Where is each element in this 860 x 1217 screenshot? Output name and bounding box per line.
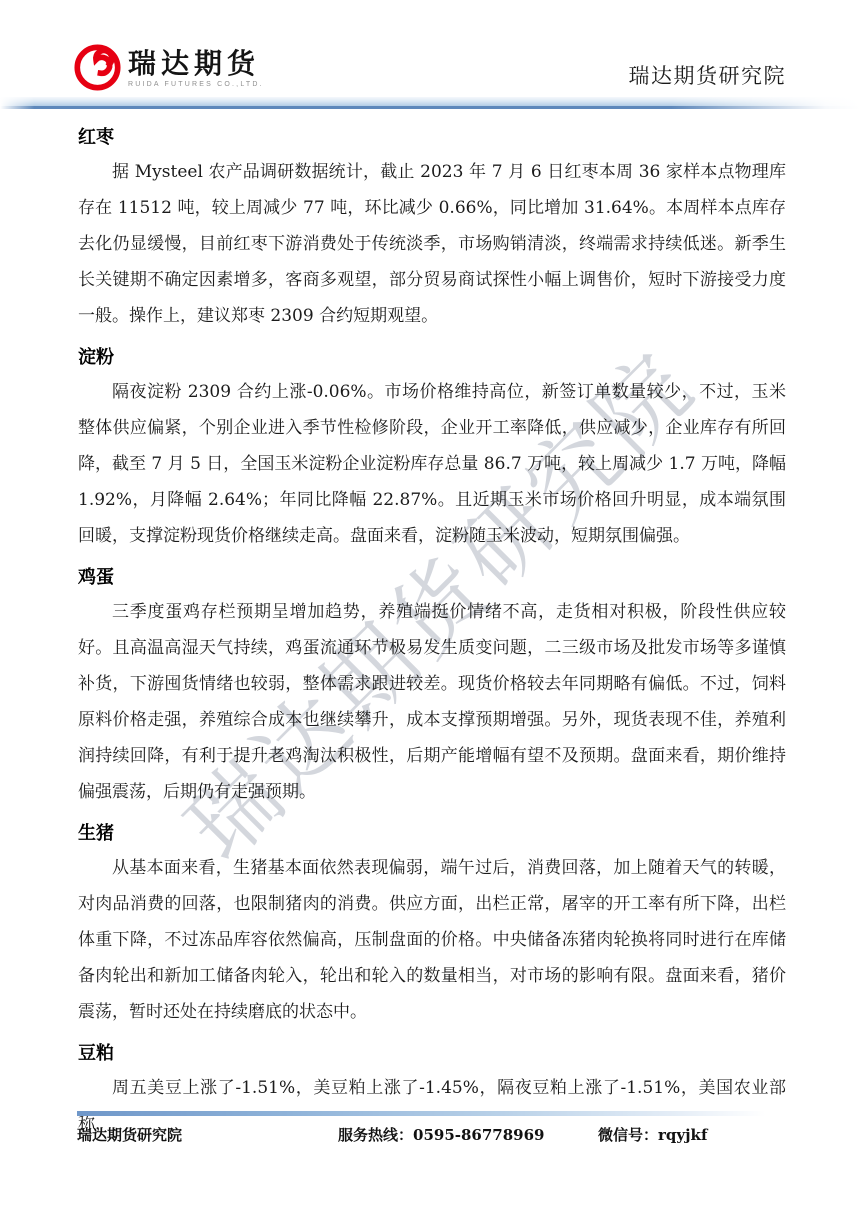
section-heading-eggs: 鸡蛋 (78, 564, 786, 590)
section-eggs: 鸡蛋 三季度蛋鸡存栏预期呈增加趋势，养殖端挺价情绪不高，走货相对积极，阶段性供应… (78, 564, 786, 810)
footer-row: 瑞达期货研究院 服务热线：0595-86778969 微信号：rqyjkf (77, 1124, 787, 1150)
section-paragraph-hogs: 从基本面来看，生猪基本面依然表现偏弱，端午过后，消费回落，加上随着天气的转暖，对… (78, 850, 786, 1030)
brand-name: 瑞达期货 (128, 49, 264, 79)
section-paragraph-red-dates: 据 Mysteel 农产品调研数据统计，截止 2023 年 7 月 6 日红枣本… (78, 154, 786, 334)
brand-subtitle: RUIDA FUTURES CO.,LTD. (128, 81, 264, 88)
footer-wechat-label: 微信号： (598, 1126, 658, 1144)
header-institute-title: 瑞达期货研究院 (629, 60, 787, 90)
header-divider-band (0, 97, 860, 106)
report-page: 瑞达期货研究院 瑞达期货 RUIDA FUTURES CO.,LTD. 瑞达期货… (0, 0, 860, 1217)
footer-wechat-id: rqyjkf (658, 1126, 707, 1144)
section-paragraph-starch: 隔夜淀粉 2309 合约上涨-0.06%。市场价格维持高位，新签订单数量较少，不… (78, 374, 786, 554)
ruida-logo-icon (74, 44, 121, 91)
report-body: 红枣 据 Mysteel 农产品调研数据统计，截止 2023 年 7 月 6 日… (78, 114, 786, 1142)
footer-hotline: 服务热线：0595-86778969 (338, 1124, 545, 1145)
footer-institute: 瑞达期货研究院 (77, 1124, 182, 1145)
brand-logo: 瑞达期货 RUIDA FUTURES CO.,LTD. (74, 44, 264, 91)
footer-divider (77, 1111, 787, 1116)
header-divider (0, 97, 860, 109)
section-heading-hogs: 生猪 (78, 820, 786, 846)
section-heading-starch: 淀粉 (78, 344, 786, 370)
section-red-dates: 红枣 据 Mysteel 农产品调研数据统计，截止 2023 年 7 月 6 日… (78, 124, 786, 334)
section-heading-soybean-meal: 豆粕 (78, 1040, 786, 1066)
header-divider-line (0, 106, 860, 109)
footer-hotline-number: 0595-86778969 (413, 1126, 544, 1144)
section-starch: 淀粉 隔夜淀粉 2309 合约上涨-0.06%。市场价格维持高位，新签订单数量较… (78, 344, 786, 554)
footer-hotline-label: 服务热线： (338, 1126, 413, 1144)
brand-text-block: 瑞达期货 RUIDA FUTURES CO.,LTD. (128, 44, 264, 88)
section-heading-red-dates: 红枣 (78, 124, 786, 150)
section-hogs: 生猪 从基本面来看，生猪基本面依然表现偏弱，端午过后，消费回落，加上随着天气的转… (78, 820, 786, 1030)
footer-wechat: 微信号：rqyjkf (598, 1124, 707, 1145)
section-paragraph-eggs: 三季度蛋鸡存栏预期呈增加趋势，养殖端挺价情绪不高，走货相对积极，阶段性供应较好。… (78, 594, 786, 810)
